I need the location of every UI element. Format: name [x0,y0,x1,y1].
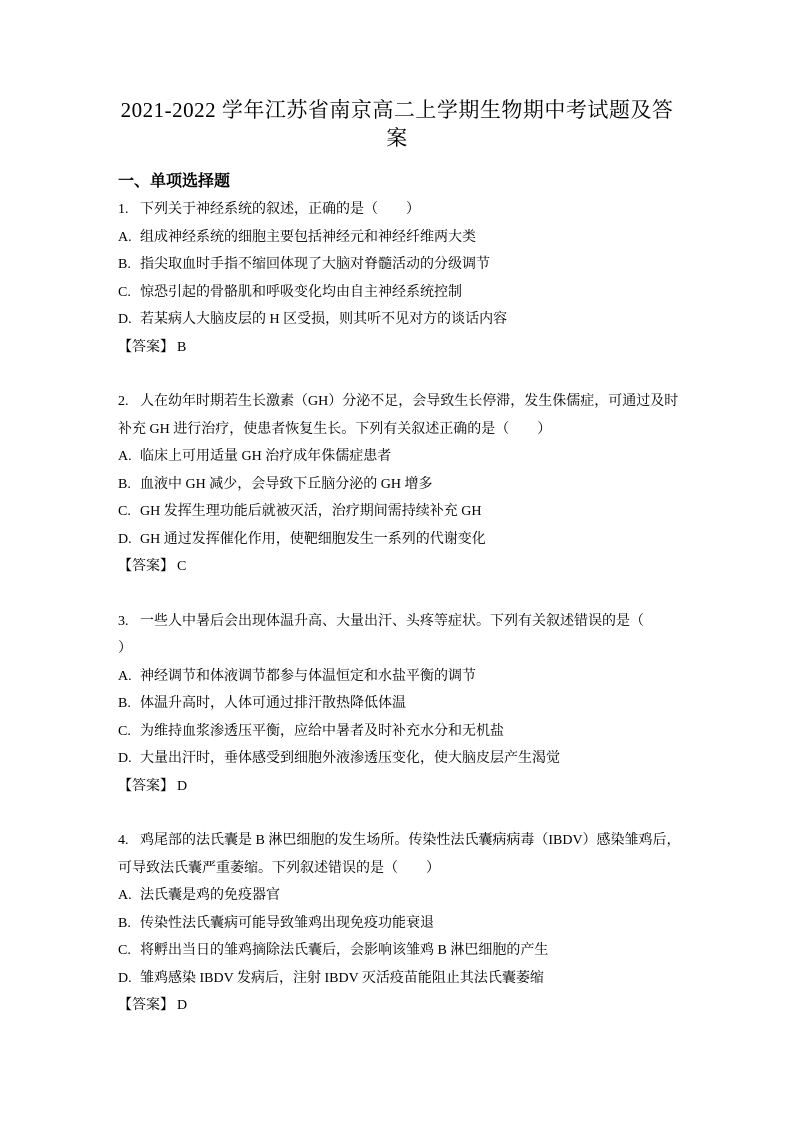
option-label-a: A. [118,882,140,910]
option-label-c: C. [118,937,140,965]
question-2-stem-text: 人在幼年时期若生长激素（GH）分泌不足，会导致生长停滞，发生侏儒症，可通过及时 [140,394,678,409]
question-1-option-c: C.惊恐引起的骨骼肌和呼吸变化均由自主神经系统控制 [118,279,676,307]
question-2-stem-text-continued: 补充 GH 进行治疗，使患者恢复生长。下列有关叙述正确的是（ ） [118,422,551,437]
option-text: 神经调节和体液调节都参与体温恒定和水盐平衡的调节 [140,669,476,684]
question-3-stem-line-2: ） [118,635,676,663]
answer-prefix: 【答案】 [118,779,174,794]
question-4: 4.鸡尾部的法氏囊是 B 淋巴细胞的发生场所。传染性法氏囊病病毒（IBDV）感染… [118,827,676,1020]
option-label-b: B. [118,471,140,499]
option-label-c: C. [118,718,140,746]
option-label-b: B. [118,910,140,938]
question-3-stem-text-continued: ） [118,641,132,656]
question-4-option-d: D.雏鸡感染 IBDV 发病后，注射 IBDV 灭活疫苗能阻止其法氏囊萎缩 [118,965,676,993]
question-2-stem-line-2: 补充 GH 进行治疗，使患者恢复生长。下列有关叙述正确的是（ ） [118,416,676,444]
option-label-d: D. [118,745,140,773]
question-4-option-c: C.将孵出当日的雏鸡摘除法氏囊后，会影响该雏鸡 B 淋巴细胞的产生 [118,937,676,965]
question-3-number: 3. [118,608,140,636]
document-content: 2021-2022 学年江苏省南京高二上学期生物期中考试题及答 案 一、单项选择… [0,0,794,1020]
question-1: 1.下列关于神经系统的叙述，正确的是（ ） A.组成神经系统的细胞主要包括神经元… [118,196,676,361]
option-text: 将孵出当日的雏鸡摘除法氏囊后，会影响该雏鸡 B 淋巴细胞的产生 [140,943,548,958]
option-label-a: A. [118,224,140,252]
document-title: 2021-2022 学年江苏省南京高二上学期生物期中考试题及答 案 [118,96,676,152]
question-3: 3.一些人中暑后会出现体温升高、大量出汗、头疼等症状。下列有关叙述错误的是（ ）… [118,608,676,801]
question-4-number: 4. [118,827,140,855]
answer-value: C [177,559,186,574]
question-3-answer-line: 【答案】D [118,773,676,801]
option-label-a: A. [118,663,140,691]
answer-prefix: 【答案】 [118,998,174,1013]
question-3-stem-line-1: 3.一些人中暑后会出现体温升高、大量出汗、头疼等症状。下列有关叙述错误的是（ [118,608,676,636]
answer-prefix: 【答案】 [118,559,174,574]
question-2-answer-line: 【答案】C [118,553,676,581]
question-1-stem-text: 下列关于神经系统的叙述，正确的是（ ） [140,202,420,217]
option-label-b: B. [118,251,140,279]
question-2-number: 2. [118,388,140,416]
option-text: 临床上可用适量 GH 治疗成年侏儒症患者 [140,449,391,464]
answer-value: D [177,998,187,1013]
document-title-line-1: 2021-2022 学年江苏省南京高二上学期生物期中考试题及答 [118,96,676,124]
option-text: GH 通过发挥催化作用，使靶细胞发生一系列的代谢变化 [140,532,486,547]
question-1-stem-line-1: 1.下列关于神经系统的叙述，正确的是（ ） [118,196,676,224]
question-4-option-b: B.传染性法氏囊病可能导致雏鸡出现免疫功能衰退 [118,910,676,938]
answer-value: D [177,779,187,794]
option-label-c: C. [118,498,140,526]
option-text: 雏鸡感染 IBDV 发病后，注射 IBDV 灭活疫苗能阻止其法氏囊萎缩 [140,971,544,986]
question-1-option-a: A.组成神经系统的细胞主要包括神经元和神经纤维两大类 [118,224,676,252]
question-4-answer-line: 【答案】D [118,992,676,1020]
question-2-stem-line-1: 2.人在幼年时期若生长激素（GH）分泌不足，会导致生长停滞，发生侏儒症，可通过及… [118,388,676,416]
exam-document-page: 2021-2022 学年江苏省南京高二上学期生物期中考试题及答 案 一、单项选择… [0,0,794,1123]
question-3-option-d: D.大量出汗时，垂体感受到细胞外液渗透压变化，使大脑皮层产生渴觉 [118,745,676,773]
section-heading: 一、单项选择题 [118,168,676,196]
answer-prefix: 【答案】 [118,340,174,355]
question-4-option-a: A.法氏囊是鸡的免疫器官 [118,882,676,910]
option-label-d: D. [118,306,140,334]
option-text: 传染性法氏囊病可能导致雏鸡出现免疫功能衰退 [140,916,434,931]
question-2: 2.人在幼年时期若生长激素（GH）分泌不足，会导致生长停滞，发生侏儒症，可通过及… [118,388,676,581]
option-text: 组成神经系统的细胞主要包括神经元和神经纤维两大类 [140,230,476,245]
question-2-option-d: D.GH 通过发挥催化作用，使靶细胞发生一系列的代谢变化 [118,526,676,554]
option-label-d: D. [118,526,140,554]
option-label-c: C. [118,279,140,307]
question-4-stem-text: 鸡尾部的法氏囊是 B 淋巴细胞的发生场所。传染性法氏囊病病毒（IBDV）感染雏鸡… [140,833,681,848]
option-text: 若某病人大脑皮层的 H 区受损，则其听不见对方的谈话内容 [140,312,507,327]
question-1-answer-line: 【答案】B [118,334,676,362]
question-3-option-a: A.神经调节和体液调节都参与体温恒定和水盐平衡的调节 [118,663,676,691]
question-1-option-b: B.指尖取血时手指不缩回体现了大脑对脊髓活动的分级调节 [118,251,676,279]
question-3-option-b: B.体温升高时，人体可通过排汗散热降低体温 [118,690,676,718]
option-text: GH 发挥生理功能后就被灭活，治疗期间需持续补充 GH [140,504,481,519]
question-1-number: 1. [118,196,140,224]
option-text: 血液中 GH 减少，会导致下丘脑分泌的 GH 增多 [140,477,432,492]
question-2-option-b: B.血液中 GH 减少，会导致下丘脑分泌的 GH 增多 [118,471,676,499]
document-title-line-2: 案 [118,124,676,152]
option-label-b: B. [118,690,140,718]
question-2-option-c: C.GH 发挥生理功能后就被灭活，治疗期间需持续补充 GH [118,498,676,526]
option-text: 指尖取血时手指不缩回体现了大脑对脊髓活动的分级调节 [140,257,490,272]
answer-value: B [177,340,186,355]
question-4-stem-line-2: 可导致法氏囊严重萎缩。下列叙述错误的是（ ） [118,855,676,883]
question-3-option-c: C.为维持血浆渗透压平衡，应给中暑者及时补充水分和无机盐 [118,718,676,746]
question-1-option-d: D.若某病人大脑皮层的 H 区受损，则其听不见对方的谈话内容 [118,306,676,334]
option-label-a: A. [118,443,140,471]
option-text: 大量出汗时，垂体感受到细胞外液渗透压变化，使大脑皮层产生渴觉 [140,751,560,766]
option-text: 惊恐引起的骨骼肌和呼吸变化均由自主神经系统控制 [140,285,462,300]
option-text: 法氏囊是鸡的免疫器官 [140,888,280,903]
question-3-stem-text: 一些人中暑后会出现体温升高、大量出汗、头疼等症状。下列有关叙述错误的是（ [140,614,644,629]
option-label-d: D. [118,965,140,993]
option-text: 体温升高时，人体可通过排汗散热降低体温 [140,696,406,711]
question-2-option-a: A.临床上可用适量 GH 治疗成年侏儒症患者 [118,443,676,471]
option-text: 为维持血浆渗透压平衡，应给中暑者及时补充水分和无机盐 [140,724,504,739]
question-4-stem-line-1: 4.鸡尾部的法氏囊是 B 淋巴细胞的发生场所。传染性法氏囊病病毒（IBDV）感染… [118,827,676,855]
question-4-stem-text-continued: 可导致法氏囊严重萎缩。下列叙述错误的是（ ） [118,861,440,876]
